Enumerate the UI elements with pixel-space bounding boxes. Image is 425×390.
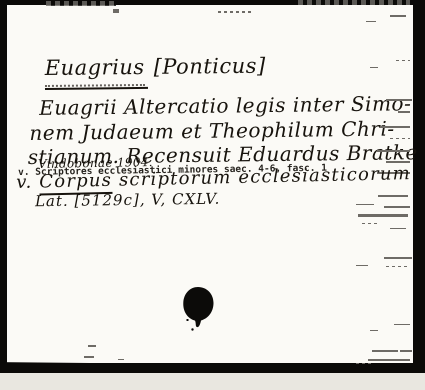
scan-artifact [390,228,406,229]
catalog-card: Euagrius[Ponticus] Euagrii Altercatio le… [7,5,413,363]
scanned-catalog-card: Euagrius[Ponticus] Euagrii Altercatio le… [0,0,425,390]
scan-artifact [46,1,116,6]
heading-name: Euagrius [45,52,148,90]
scan-artifact [356,265,368,266]
scan-artifact [396,60,410,61]
scan-artifact [377,150,410,152]
heading-line: Euagrius[Ponticus] [45,51,266,90]
scan-artifact [88,345,96,347]
scan-artifact [356,363,372,364]
scan-artifact [298,0,410,5]
ink-blot [180,286,216,332]
scan-artifact [84,356,94,358]
heading-qualifier: [Ponticus] [154,54,266,79]
scan-artifact [394,324,410,325]
scan-artifact [362,223,380,224]
scan-artifact [386,99,412,101]
scan-artifact [218,11,254,13]
scan-artifact [400,350,412,352]
scan-artifact [386,266,410,267]
scan-artifact [118,359,124,360]
scan-artifact [356,204,374,205]
scan-artifact [370,330,378,331]
scan-artifact [366,21,376,22]
scan-artifact [384,206,410,208]
scan-artifact [372,350,398,352]
scan-artifact [358,214,408,217]
scan-artifact [390,138,410,139]
scan-artifact [368,359,410,361]
scan-artifact [384,257,412,259]
scan-artifact [398,111,410,113]
scan-artifact [378,195,408,197]
scan-artifact [370,67,378,68]
next-card-strip [0,373,425,390]
scan-artifact [390,15,406,17]
scan-artifact [113,9,119,13]
scan-artifact [380,126,410,128]
